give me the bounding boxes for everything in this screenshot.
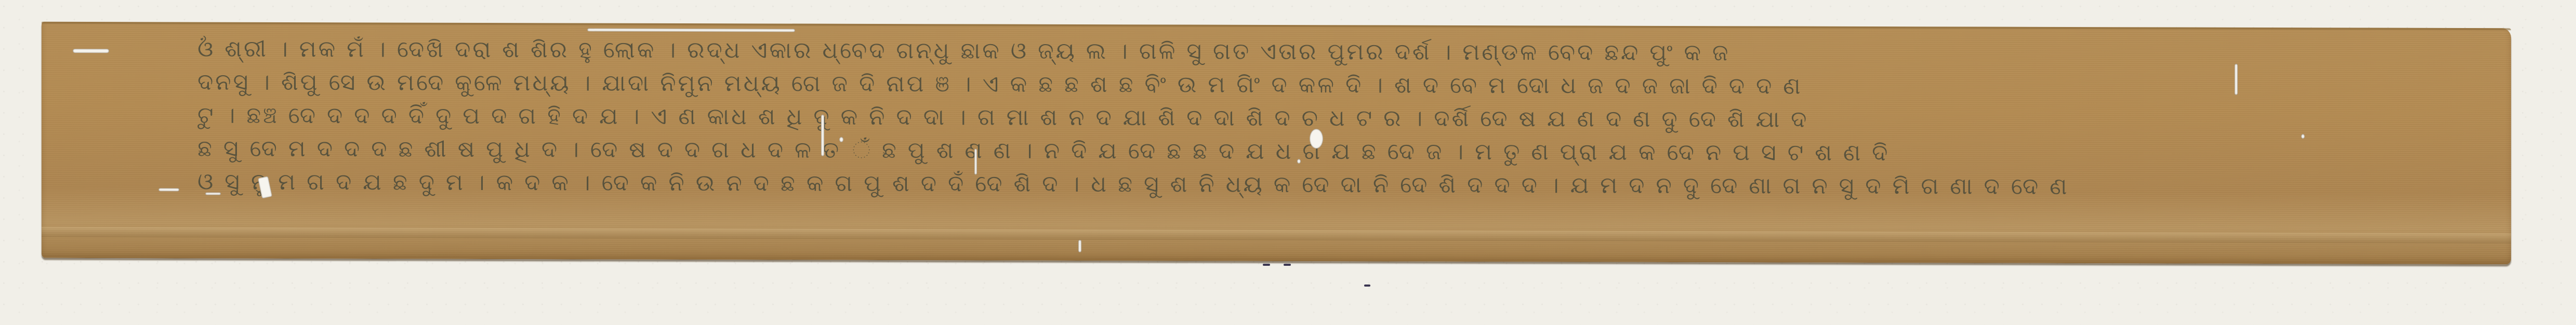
manuscript-text: ଓଁ ଶ୍ରୀ । ମକ ମଁ । ଦେଖି ଦରା ଶ ଶିର ହୁ ଲୋକ … xyxy=(197,33,2458,205)
leaf-crack xyxy=(587,29,795,32)
leaf-edge-damage xyxy=(205,193,221,195)
ink-mark xyxy=(1263,264,1270,266)
worm-hole xyxy=(2301,134,2305,139)
leaf-crack xyxy=(821,115,824,156)
manuscript-line-5: ଓ ସୁ ନୁ ମ ଗ ଦ ଯ ଛ ଦୁ ମ । କ ଦ କ । ଦେ କ ନି… xyxy=(197,166,2458,205)
manuscript-line-4: ଛ ସୁ ଦେ ମ ଦ ଦ ଦ ଛ ଶୀ ଷ ପୁ ଧି ଦ । ଦେ ଷ ଦ … xyxy=(197,132,2458,171)
leaf-crack xyxy=(1078,240,1081,252)
leaf-edge-damage xyxy=(158,188,179,191)
leaf-fold xyxy=(42,227,2511,243)
string-hole xyxy=(1310,129,1323,148)
leaf-crack xyxy=(974,148,977,174)
worm-hole xyxy=(1297,159,1301,164)
manuscript-line-1: ଓଁ ଶ୍ରୀ । ମକ ମଁ । ଦେଖି ଦରା ଶ ଶିର ହୁ ଲୋକ … xyxy=(197,33,2458,72)
manuscript-line-2: ଦନସୁ । ଶିପୁ ସେ ଉ ମଦେ କୁଳେ ମଧ୍ୟ । ଯାଦା ନି… xyxy=(197,66,2458,105)
leaf-edge-damage xyxy=(73,49,109,53)
worm-hole xyxy=(839,137,843,142)
palm-leaf: ଓଁ ଶ୍ରୀ । ମକ ମଁ । ଦେଖି ଦରା ଶ ଶିର ହୁ ଲୋକ … xyxy=(42,22,2511,264)
ink-mark xyxy=(1284,264,1291,266)
manuscript-line-3: ଟୁ । ଛଞ୍ଚ ଦେ ଦ ଦ ଦ ଦିଁ ଦୁ ପ ଦ ଗ ହି ଦ ଯ ।… xyxy=(197,99,2458,138)
leaf-crack xyxy=(2235,64,2238,95)
ink-mark xyxy=(1364,285,1370,287)
